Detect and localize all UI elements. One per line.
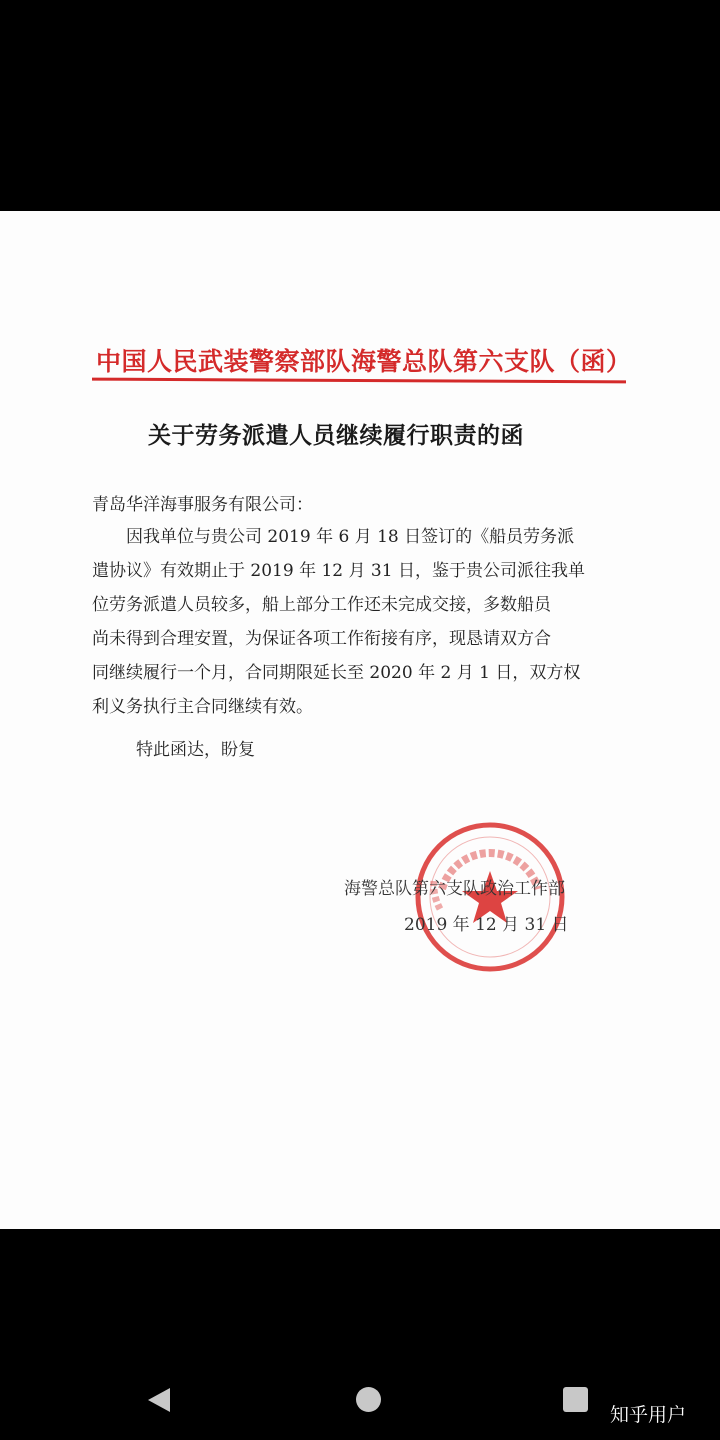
body-text: 因我单位与贵公司 2019 年 6 月 18 日签订的《船员劳务派 遣协议》有效… bbox=[92, 520, 642, 724]
home-icon[interactable] bbox=[356, 1387, 381, 1412]
signature-organization: 海警总队第六支队政治工作部 bbox=[344, 874, 565, 899]
watermark: 知乎用户 bbox=[610, 1400, 686, 1427]
body-line: 遣协议》有效期止于 2019 年 12 月 31 日，鉴于贵公司派往我单 bbox=[92, 554, 642, 588]
body-line: 同继续履行一个月，合同期限延长至 2020 年 2 月 1 日，双方权 bbox=[92, 656, 642, 690]
letterhead-divider bbox=[92, 378, 626, 384]
body-line: 利义务执行主合同继续有效。 bbox=[92, 690, 642, 724]
recipient: 青岛华洋海事服务有限公司： bbox=[92, 490, 313, 515]
top-black-area bbox=[0, 0, 720, 211]
signature-date: 2019 年 12 月 31 日 bbox=[404, 910, 569, 935]
closing-text: 特此函达，盼复 bbox=[136, 735, 255, 760]
document-image: 中国人民武装警察部队海警总队第六支队（函） 关于劳务派遣人员继续履行职责的函 青… bbox=[0, 211, 720, 1229]
letterhead: 中国人民武装警察部队海警总队第六支队（函） bbox=[96, 342, 636, 378]
document-title: 关于劳务派遣人员继续履行职责的函 bbox=[148, 417, 524, 450]
body-line: 位劳务派遣人员较多，船上部分工作还未完成交接，多数船员 bbox=[92, 588, 642, 622]
body-line: 尚未得到合理安置，为保证各项工作衔接有序，现恳请双方合 bbox=[92, 622, 642, 656]
back-icon[interactable] bbox=[146, 1386, 172, 1414]
recent-apps-icon[interactable] bbox=[563, 1387, 588, 1412]
body-line: 因我单位与贵公司 2019 年 6 月 18 日签订的《船员劳务派 bbox=[92, 520, 642, 554]
